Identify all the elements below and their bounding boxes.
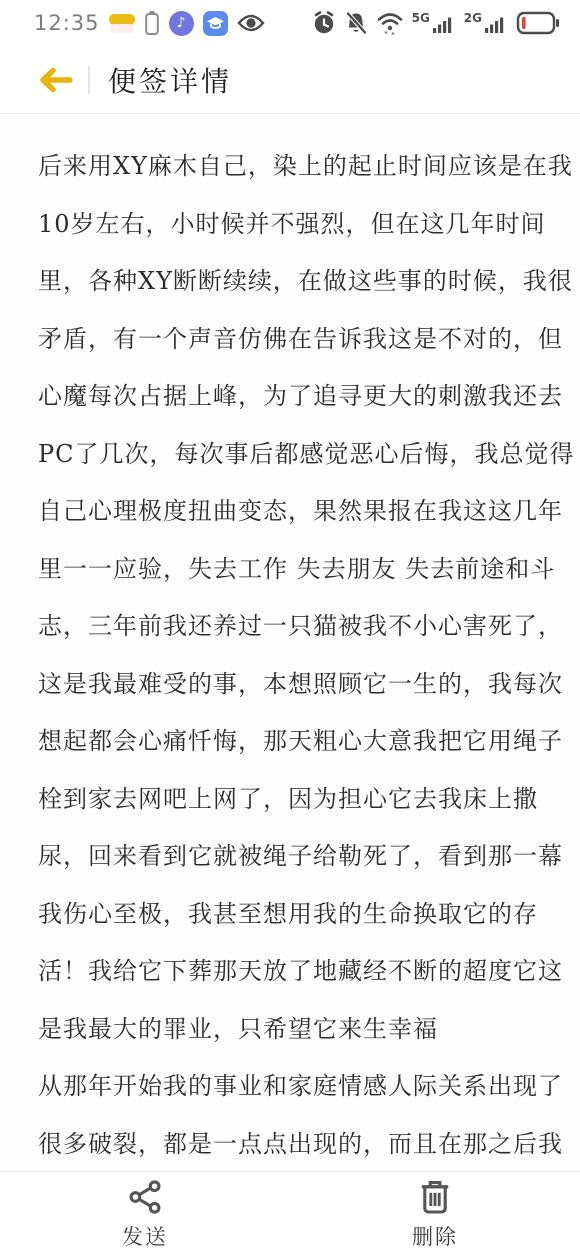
note-text-line: 自己心理极度扭曲变态，果然果报在我这这几年	[38, 483, 556, 541]
note-text-line: 栓到家去网吧上网了，因为担心它去我床上撒	[38, 771, 556, 829]
bottom-toolbar: 发送 删除	[0, 1171, 580, 1257]
note-text-line: 后来用XY麻木自己，染上的起止时间应该是在我	[38, 138, 556, 196]
note-text-line: 这是我最难受的事，本想照顾它一生的，我每次	[38, 656, 556, 714]
share-icon	[127, 1179, 163, 1215]
send-label: 发送	[122, 1221, 168, 1251]
header: 便签详情	[0, 46, 580, 114]
page-title: 便签详情	[108, 60, 232, 100]
status-time: 12:35	[34, 11, 100, 35]
network-type-label: 5G	[412, 12, 430, 24]
note-text-line: 里一一应验，失去工作 失去朋友 失去前途和斗	[38, 541, 556, 599]
wifi-icon	[376, 11, 404, 35]
trash-icon	[417, 1179, 453, 1215]
note-text-line: 心魔每次占据上峰，为了追寻更大的刺激我还去	[38, 368, 556, 426]
note-text-line: 里，各种XY断断续续，在做这些事的时候，我很	[38, 253, 556, 311]
note-text-line: 从那年开始我的事业和家庭情感人际关系出现了	[38, 1058, 556, 1116]
note-text-line: 矛盾，有一个声音仿佛在告诉我这是不对的，但	[38, 311, 556, 369]
note-text-line: 活！我给它下葬那天放了地藏经不断的超度它这	[38, 943, 556, 1001]
note-app-icon	[109, 14, 135, 33]
delete-label: 删除	[412, 1221, 458, 1251]
note-text-line: 10岁左右，小时候并不强烈，但在这几年时间	[38, 196, 556, 254]
music-note-glyph: ♪	[177, 16, 186, 30]
note-text-line: 志，三年前我还养过一只猫被我不小心害死了，	[38, 598, 556, 656]
header-divider	[88, 66, 90, 94]
back-arrow-icon	[36, 66, 74, 94]
education-app-icon	[203, 11, 228, 36]
signal-bars-icon	[484, 11, 508, 35]
note-text-line: 尿，回来看到它就被绳子给勒死了，看到那一幕	[38, 828, 556, 886]
note-text-line: 我伤心至极，我甚至想用我的生命换取它的存	[38, 886, 556, 944]
signal-bars-icon	[432, 11, 456, 35]
battery-low-icon	[516, 8, 560, 38]
signal-2g: 2G	[464, 11, 508, 35]
delete-button[interactable]: 删除	[290, 1172, 580, 1257]
alarm-icon	[312, 11, 336, 35]
eye-protection-icon	[237, 13, 265, 33]
note-text-line: 很多破裂，都是一点点出现的，而且在那之后我	[38, 1116, 556, 1172]
music-app-icon: ♪	[169, 11, 194, 36]
note-text-line: PC了几次，每次事后都感觉恶心后悔，我总觉得	[38, 426, 556, 484]
send-button[interactable]: 发送	[0, 1172, 290, 1257]
note-content[interactable]: 后来用XY麻木自己，染上的起止时间应该是在我 10岁左右，小时候并不强烈，但在这…	[0, 114, 580, 1171]
signal-5g: 5G	[412, 11, 456, 35]
status-bar: 12:35 ♪	[0, 0, 580, 46]
back-button[interactable]	[36, 60, 80, 100]
bell-muted-icon	[344, 11, 368, 35]
note-text-line: 想起都会心痛忏悔，那天粗心大意我把它用绳子	[38, 713, 556, 771]
note-detail-screen: 12:35 ♪	[0, 0, 580, 1257]
note-text-line: 是我最大的罪业，只希望它来生幸福	[38, 1001, 556, 1059]
battery-vertical-icon	[144, 10, 160, 36]
network-type-label: 2G	[464, 12, 482, 24]
